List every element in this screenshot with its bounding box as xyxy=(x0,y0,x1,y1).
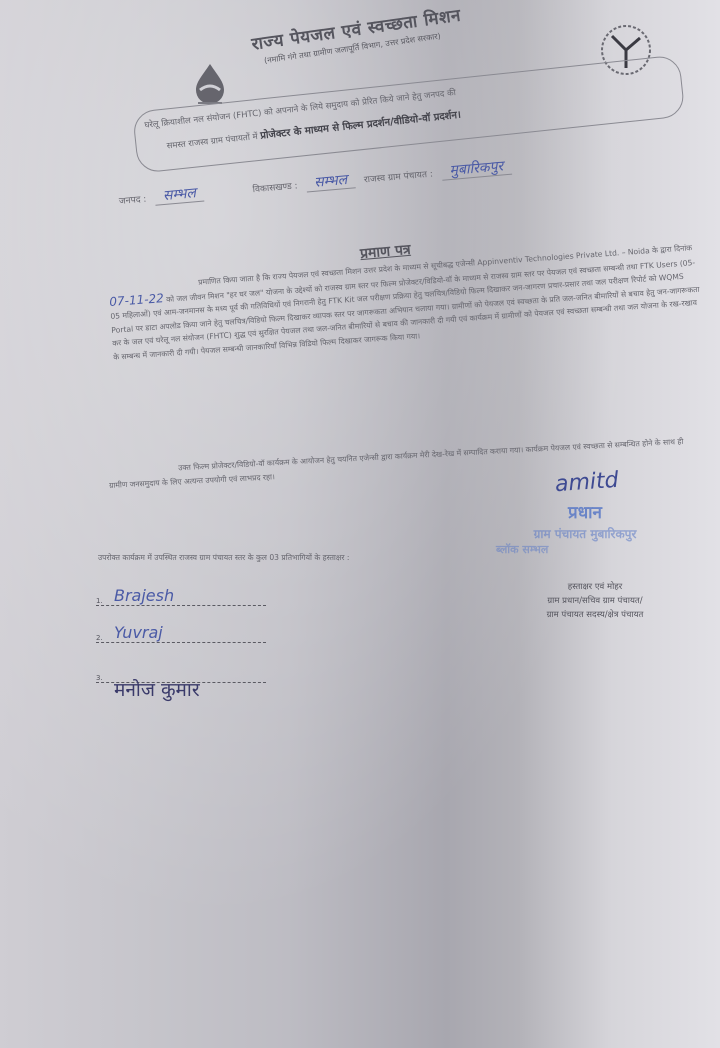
district-label: जनपद : xyxy=(119,195,147,207)
participant-signature-1: 1. Brajesh xyxy=(96,583,266,606)
stamp-line-2: ग्राम पंचायत मुबारिकपुर xyxy=(490,525,680,542)
banner-line-2-prefix: समस्त राजस्व ग्राम पंचायतों में xyxy=(166,132,258,151)
participant-signature-3: 3. मनोज कुमार xyxy=(96,660,266,683)
body-para1-end: को जल जीवन मिशन "हर घर जल" योजना के उद्द… xyxy=(110,258,700,362)
participant-signature: Brajesh xyxy=(114,586,174,605)
participant-signature-2: 2. Yuvraj xyxy=(96,620,266,643)
participant-number: 1. xyxy=(96,597,103,605)
certificate-title: प्रमाण पत्र xyxy=(359,240,411,263)
panchayat-label: राजस्व ग्राम पंचायत : xyxy=(364,170,434,186)
participant-number: 3. xyxy=(96,674,103,682)
pradhan-signature: amitd xyxy=(554,468,619,497)
participant-number: 2. xyxy=(96,634,103,642)
caption-line-3: ग्राम पंचायत सदस्य/क्षेत्र पंचायत xyxy=(505,608,685,622)
pradhan-stamp: प्रधान ग्राम पंचायत मुबारिकपुर ब्लॉक सम्… xyxy=(490,500,680,557)
water-drop-logo-icon xyxy=(190,62,230,108)
panchayat-value: मुबारिकपुर xyxy=(441,158,512,181)
block-label: विकासखण्ड : xyxy=(252,181,298,195)
caption-line-2: ग्राम प्रधान/सचिव ग्राम पंचायत/ xyxy=(505,594,685,608)
document-header: राज्य पेयजल एवं स्वच्छता मिशन (नमामि गंग… xyxy=(250,0,572,68)
participants-intro: उपरोक्त कार्यक्रम में उपस्थित राजस्व ग्र… xyxy=(98,553,458,563)
stamp-title: प्रधान xyxy=(490,500,680,523)
block-value: सम्भल xyxy=(306,171,356,192)
signature-caption: हस्ताक्षर एवं मोहर ग्राम प्रधान/सचिव ग्र… xyxy=(505,580,685,622)
district-value: सम्भल xyxy=(154,185,204,206)
participant-signature: Yuvraj xyxy=(114,623,163,642)
participant-signature: मनोज कुमार xyxy=(114,676,200,702)
program-date: 07-11-22 xyxy=(109,291,164,309)
stamp-line-3: ब्लॉक सम्भल xyxy=(490,542,680,557)
caption-line-1: हस्ताक्षर एवं मोहर xyxy=(505,580,685,594)
